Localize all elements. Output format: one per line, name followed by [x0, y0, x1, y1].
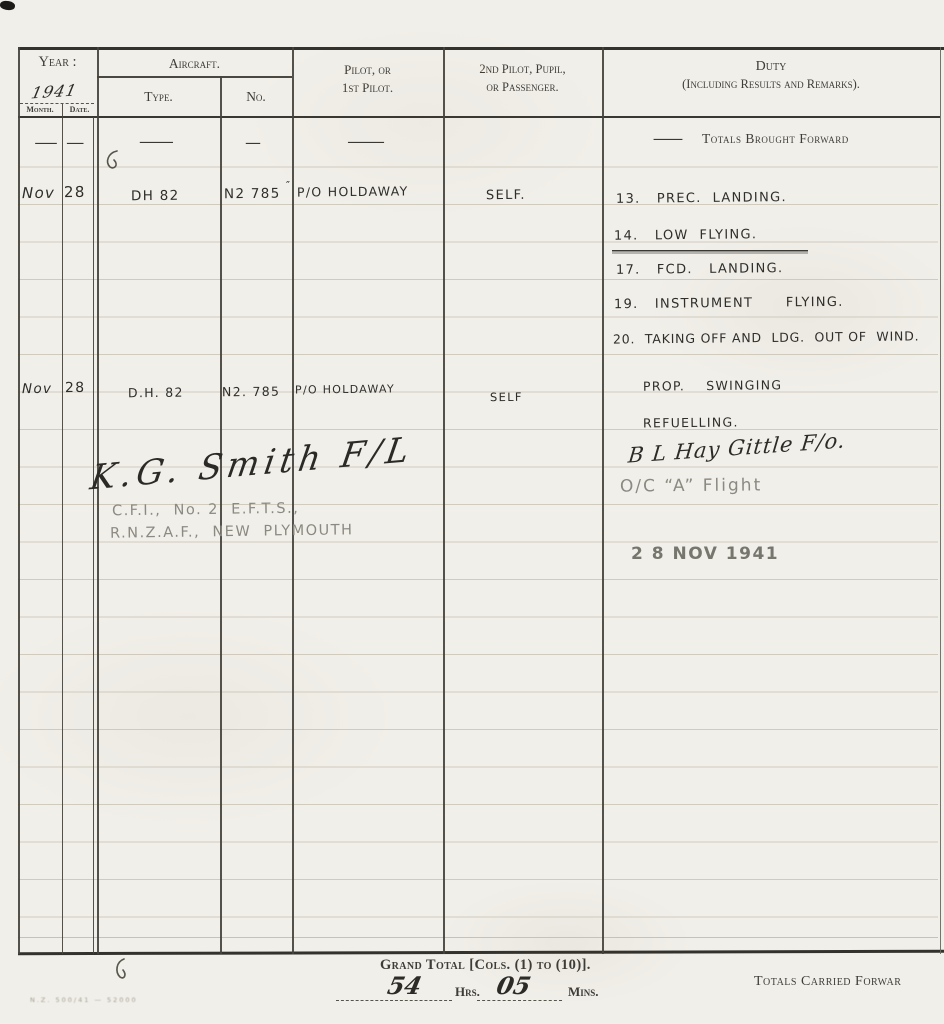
ruled-line-extra [18, 937, 938, 938]
column-line-right [940, 47, 941, 954]
column-line-date-type-b [97, 47, 99, 954]
second-pilot-label-line1: 2nd Pilot, Pupil, [443, 62, 602, 77]
grand-total-minutes-value: 05 [494, 971, 534, 1000]
totals-carried-label: Totals Carried Forwar [754, 974, 901, 990]
second-pilot-value: SELF [490, 390, 523, 404]
hours-label: Hrs. [455, 984, 480, 1000]
totals-forward-label: Totals Brought Forward [702, 131, 849, 147]
flight-stamp: O/C “A” Flight [620, 475, 762, 496]
cfi-stamp-line2: R.N.Z.A.F., NEW PLYMOUTH [110, 522, 354, 541]
aircraft-type-value: DH 82 [131, 188, 180, 205]
table-bottom-border [18, 950, 944, 955]
column-line-month-date [62, 104, 63, 954]
entry-date: 28 [65, 380, 86, 396]
pilot-label-line1: Pilot, or [292, 62, 443, 78]
logbook-page: Year : 1941 Month. Date. Aircraft. Type.… [0, 0, 944, 1024]
entry-month: Nov [22, 184, 55, 202]
aircraft-no-value: N2. 785 [222, 384, 280, 400]
year-underline [20, 103, 94, 104]
duty-line: PROP. SWINGING [643, 377, 783, 393]
column-line-date-type-a [93, 117, 94, 954]
footer-ink-squiggle [112, 956, 130, 984]
header-bottom-border [18, 116, 940, 118]
minutes-label: Mins. [568, 984, 599, 1000]
date-label: Date. [62, 105, 97, 114]
form-fine-print: N.Z. 500/41 — 52000 [30, 996, 138, 1004]
scan-corner-mark [0, 0, 16, 11]
aircraft-no-value: N2 785 [224, 186, 281, 203]
duty-line: 17. FCD. LANDING. [616, 261, 784, 278]
aircraft-no-label: No. [220, 89, 292, 105]
entry-date: 28 [64, 183, 86, 201]
duty-line: 14. LOW FLYING. [614, 227, 757, 243]
entry-month: Nov [22, 381, 52, 397]
table-top-border [18, 47, 944, 50]
column-line-2ndpilot-duty [602, 47, 604, 954]
cfi-stamp-line1: C.F.I., No. 2 E.F.T.S., [112, 501, 299, 520]
pilot-name: P/O HOLDAWAY [297, 183, 409, 199]
duty-line: 19. INSTRUMENT FLYING. [614, 295, 844, 312]
column-line-pilot-2ndpilot [443, 47, 445, 954]
totals-forward-dash-month: — [34, 133, 58, 152]
duty-label-line2: (Including Results and Remarks). [602, 77, 940, 92]
grand-total-hours-value: 54 [385, 971, 425, 1000]
duty-line: 20. TAKING OFF AND LDG. OUT OF WIND. [613, 328, 920, 346]
aircraft-subdivider [97, 76, 292, 78]
aircraft-label: Aircraft. [97, 56, 292, 72]
minutes-fill-line [477, 1000, 562, 1001]
totals-forward-dash-date: — [66, 133, 84, 152]
totals-forward-dash-no: — [245, 133, 261, 152]
duty-line: 13. PREC. LANDING. [616, 190, 787, 207]
duty-line: REFUELLING. [643, 414, 739, 430]
second-pilot-value: SELF. [486, 188, 526, 203]
totals-forward-dash-pilot: — [346, 132, 386, 151]
tick-mark: ″ [286, 179, 292, 192]
duty-label-line1: Duty [602, 59, 940, 75]
pilot-label-line2: 1st Pilot. [292, 80, 443, 96]
totals-forward-dash-duty: — [652, 129, 684, 148]
aircraft-type-label: Type. [97, 89, 220, 105]
totals-forward-dash-type: — [138, 132, 175, 151]
ink-squiggle-mark [102, 148, 124, 174]
date-stamp: 2 8 NOV 1941 [631, 544, 779, 564]
month-label: Month. [18, 105, 62, 114]
column-line-left [18, 47, 20, 954]
aircraft-type-value: D.H. 82 [128, 385, 184, 401]
year-value: 1941 [30, 80, 80, 102]
year-label: Year : [18, 54, 97, 71]
second-pilot-label-line2: or Passenger. [443, 80, 602, 95]
duty-underline [612, 250, 808, 254]
pilot-name: P/O HOLDAWAY [295, 382, 395, 396]
hours-fill-line [336, 1000, 452, 1001]
